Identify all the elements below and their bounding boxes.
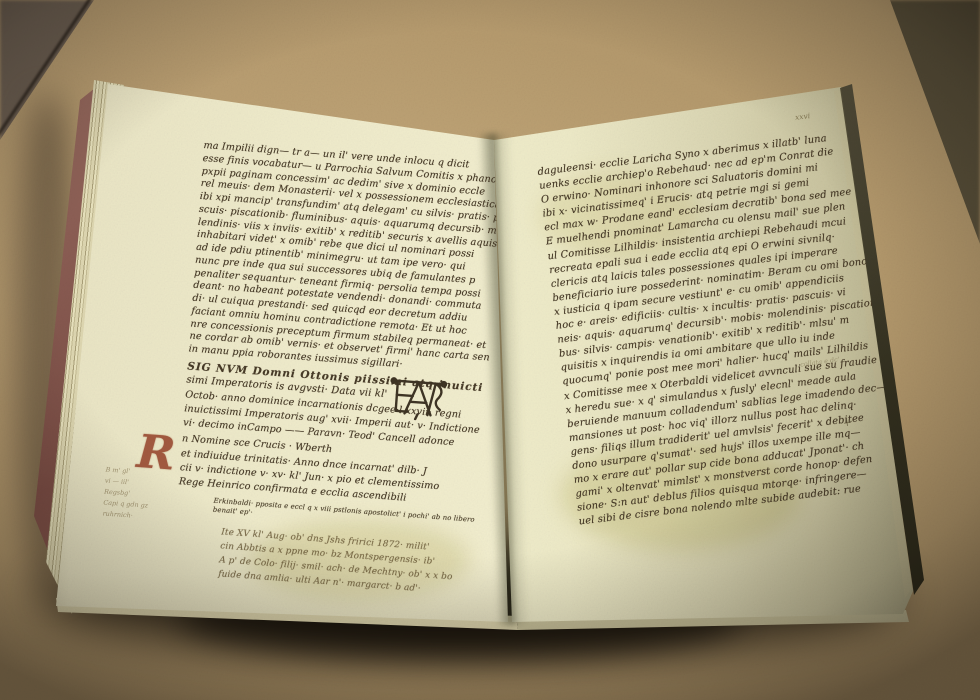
photo-vignette [0, 0, 980, 700]
photo-of-open-manuscript: ma Impilii dign— tr a— un il' vere unde … [0, 0, 980, 700]
